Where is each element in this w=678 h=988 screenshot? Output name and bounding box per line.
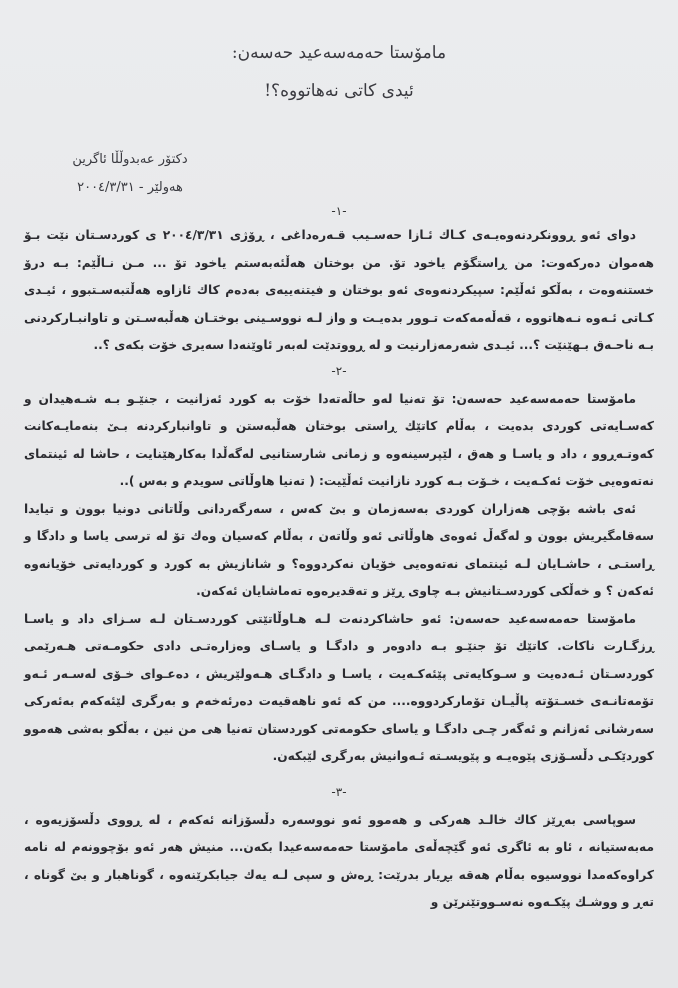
place-date: هەولێر - ٢٠٠٤/٣/٣١	[40, 174, 220, 202]
title-line-2: ئیدی کاتی نەهاتووە؟!	[0, 72, 678, 110]
article-body: -١- دوای ئەو ڕوونکردنەوەیـەی کـاك ئـازا …	[24, 200, 654, 917]
paragraph: دوای ئەو ڕوونکردنەوەیـەی کـاك ئـازا حەسـ…	[24, 222, 654, 360]
section-marker-1: -١-	[24, 200, 654, 222]
section-marker-2: -٢-	[24, 360, 654, 382]
article-title: مامۆستا حەمەسەعید حەسەن: ئیدی کاتی نەهات…	[0, 34, 678, 110]
document-page: مامۆستا حەمەسەعید حەسەن: ئیدی کاتی نەهات…	[0, 0, 678, 988]
paragraph: سوپاسی بەڕێز کاك خالـد هەرکی و هەموو ئەو…	[24, 807, 654, 917]
paragraph: مامۆستا حەمەسەعید حەسەن: تۆ تەنیا لەو حا…	[24, 386, 654, 496]
author-name: دکتۆر عەبدوڵڵا ئاگرین	[40, 146, 220, 174]
paragraph: ئەی باشە بۆچی هەزاران کوردی بەسەزمان و ب…	[24, 496, 654, 606]
title-line-1: مامۆستا حەمەسەعید حەسەن:	[0, 34, 678, 72]
paragraph: مامۆستا حەمەسەعید حەسەن: ئەو حاشاکردنەت …	[24, 606, 654, 771]
author-byline: دکتۆر عەبدوڵڵا ئاگرین هەولێر - ٢٠٠٤/٣/٣١	[40, 146, 220, 202]
section-marker-3: -٣-	[24, 781, 654, 803]
